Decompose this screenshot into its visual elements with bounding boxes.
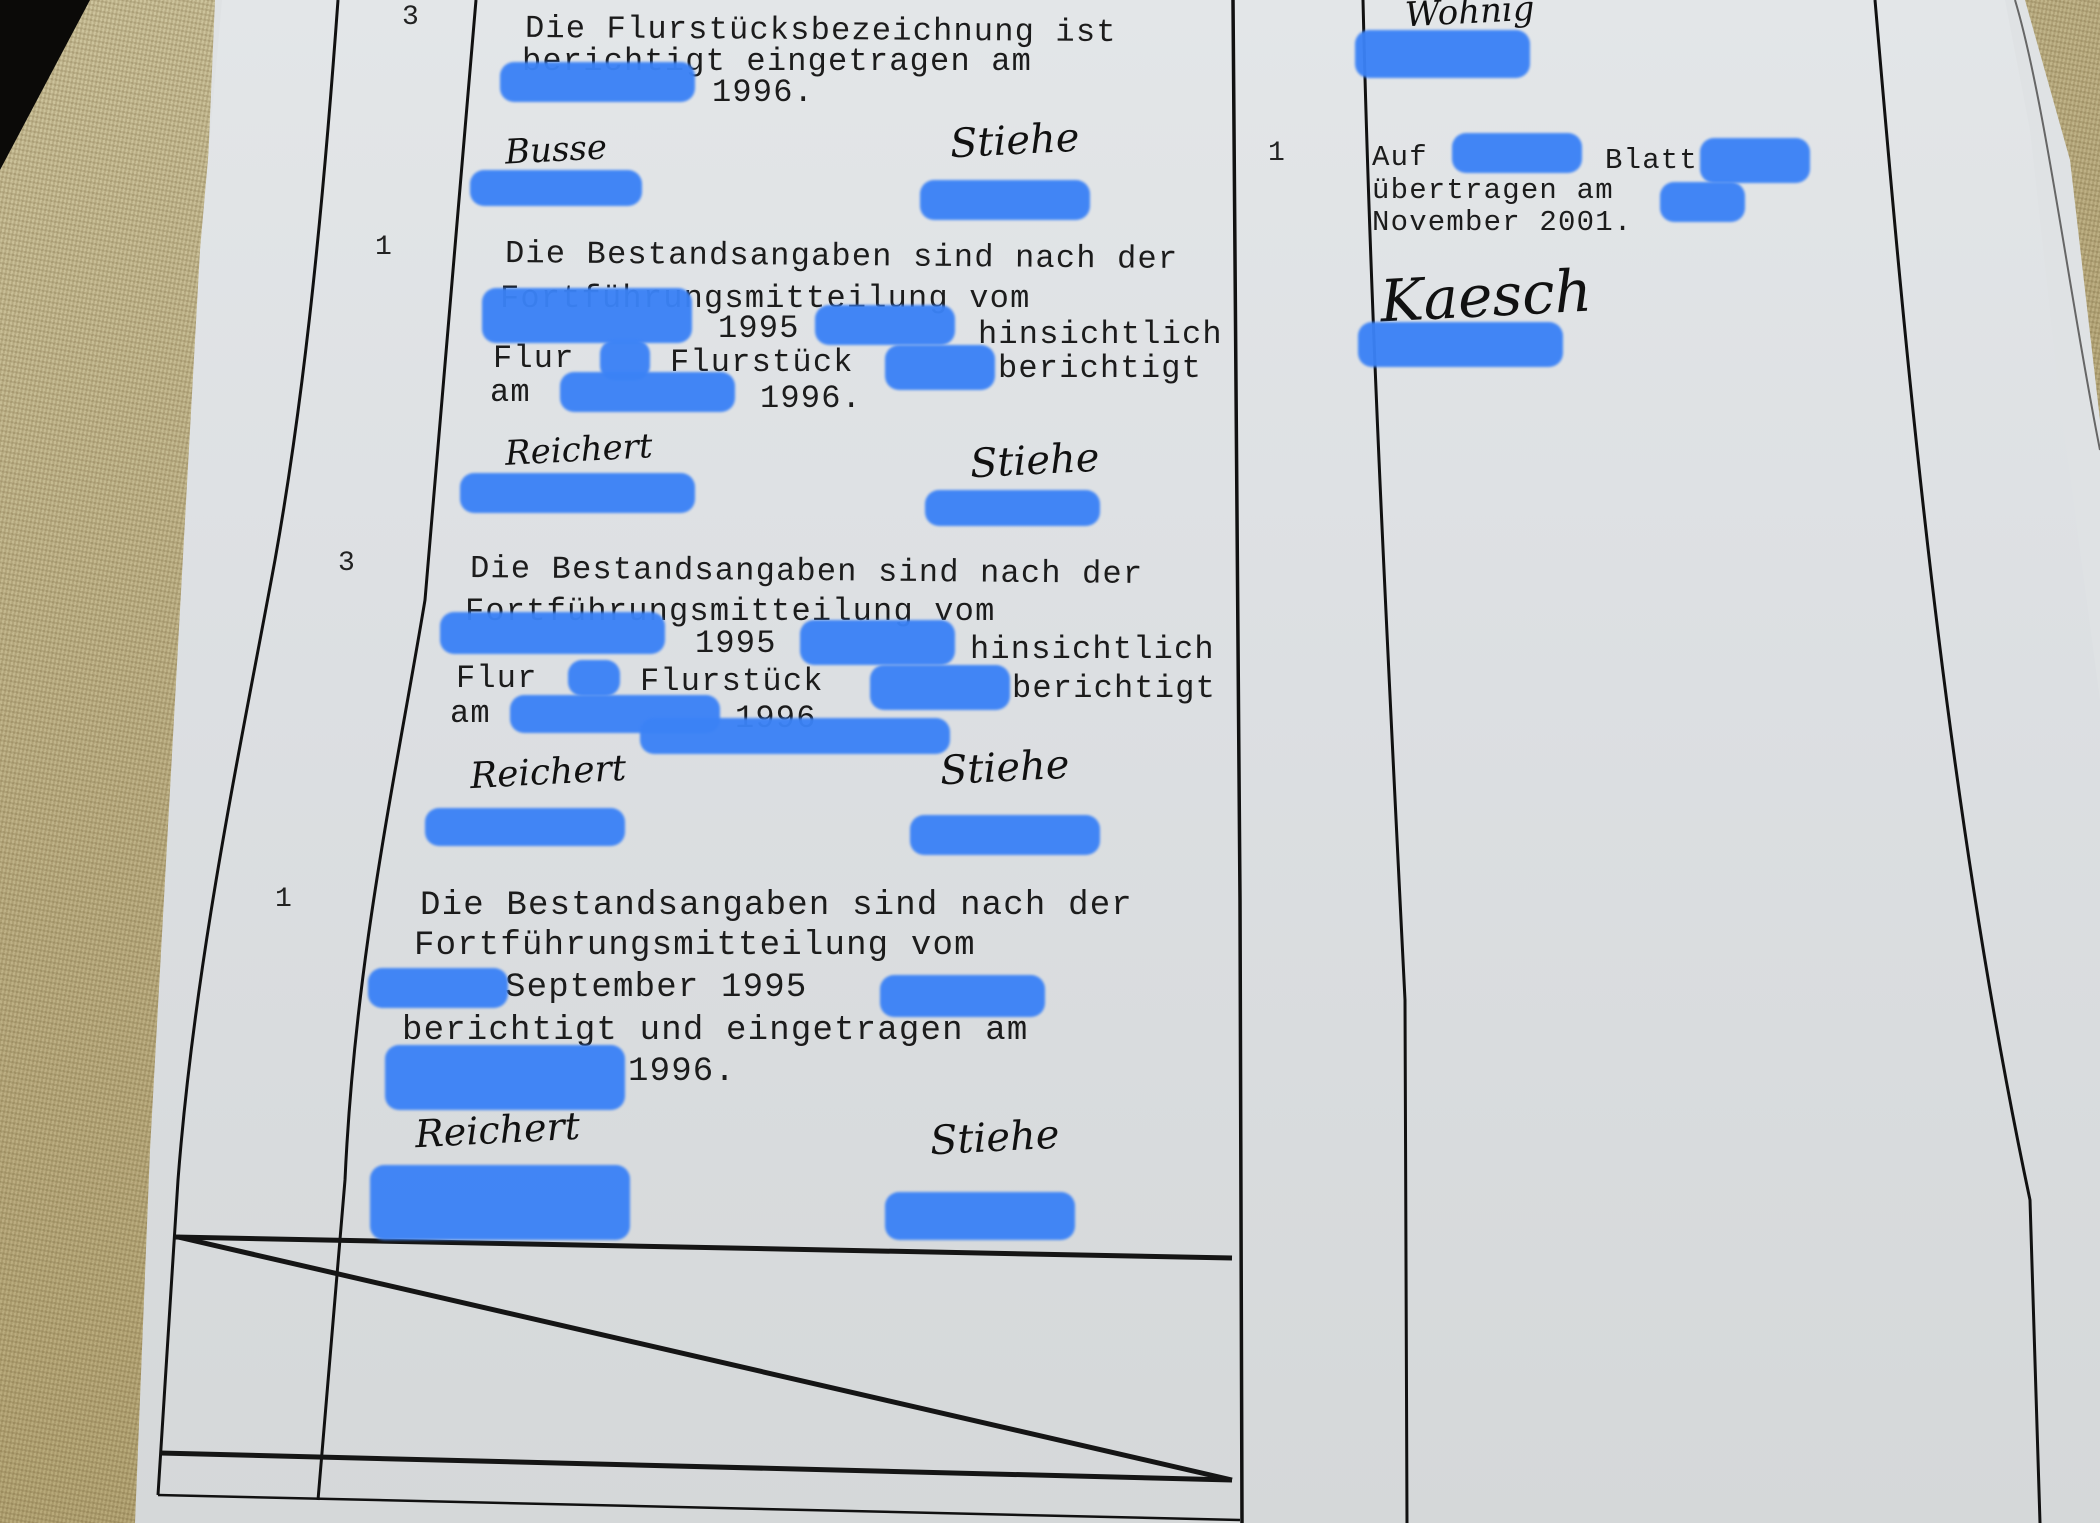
redaction — [1452, 133, 1582, 173]
redaction — [920, 180, 1090, 220]
redaction — [1355, 30, 1530, 78]
entry-text-line: September 1995 — [505, 972, 807, 1005]
redaction — [368, 968, 508, 1008]
redaction — [1358, 322, 1563, 367]
entry-text-line: am — [450, 697, 491, 730]
redaction — [385, 1045, 625, 1110]
entry-text-line: Flur — [493, 342, 575, 375]
entry-text-line: November 2001. — [1372, 206, 1632, 239]
redaction — [425, 808, 625, 846]
redaction — [470, 170, 642, 206]
entry-text-line: berichtigt — [1012, 672, 1216, 705]
entry-number: 3 — [402, 2, 419, 33]
signature: Busse — [504, 127, 608, 172]
redaction — [800, 620, 955, 665]
entry-text-line: Blatt — [1605, 144, 1698, 177]
entry-number: 3 — [338, 548, 355, 579]
entry-text-line: Flur — [456, 662, 538, 695]
signature: Stiehe — [939, 742, 1071, 795]
entry-text-line: 1996. — [712, 76, 814, 109]
signature: Reichert — [504, 426, 653, 474]
redaction — [885, 345, 995, 390]
redaction — [460, 473, 695, 513]
entry-text-line: hinsichtlich — [978, 318, 1223, 351]
entry-text-line: Die Bestandsangaben sind nach der — [420, 890, 1133, 923]
redaction — [870, 665, 1010, 710]
redaction — [925, 490, 1100, 526]
redaction — [815, 305, 955, 345]
signature: Stiehe — [949, 115, 1081, 168]
redaction — [568, 660, 620, 696]
redaction — [880, 975, 1045, 1017]
entry-text-line: übertragen am — [1372, 174, 1614, 207]
entry-number: 1 — [1268, 138, 1285, 169]
entry-text-line: Auf — [1372, 141, 1428, 174]
redaction — [370, 1165, 630, 1240]
entry-text-line: 1995 — [718, 312, 800, 345]
entry-text-line: Flurstück — [640, 665, 824, 698]
entry-text-line: 1996. — [628, 1056, 736, 1089]
redaction — [1660, 182, 1745, 222]
signature: Reichert — [414, 1104, 581, 1157]
redaction — [440, 612, 665, 654]
redaction — [640, 718, 950, 754]
entry-text-line: berichtigt — [998, 352, 1202, 385]
entry-number: 1 — [375, 232, 392, 263]
entry-text-line: Die Bestandsangaben sind nach der — [470, 552, 1144, 591]
entry-text-line: Fortführungsmitteilung vom — [414, 930, 976, 963]
signature: Stiehe — [929, 1112, 1061, 1165]
entry-number: 1 — [275, 884, 292, 915]
entry-text-line: 1996. — [760, 382, 862, 415]
entry-text-line: hinsichtlich — [970, 633, 1215, 666]
signature: Stiehe — [969, 435, 1101, 488]
redaction — [560, 372, 735, 412]
redaction — [1700, 138, 1810, 183]
redaction — [482, 288, 692, 343]
entry-text-line: 1995 — [695, 627, 777, 660]
redaction — [500, 62, 695, 102]
redaction — [910, 815, 1100, 855]
redaction — [885, 1192, 1075, 1240]
entry-text-line: am — [490, 376, 531, 409]
signature: Reichert — [469, 748, 627, 797]
entry-text-line: berichtigt und eingetragen am — [402, 1015, 1029, 1048]
entry-text-line: Die Bestandsangaben sind nach der — [505, 237, 1179, 276]
